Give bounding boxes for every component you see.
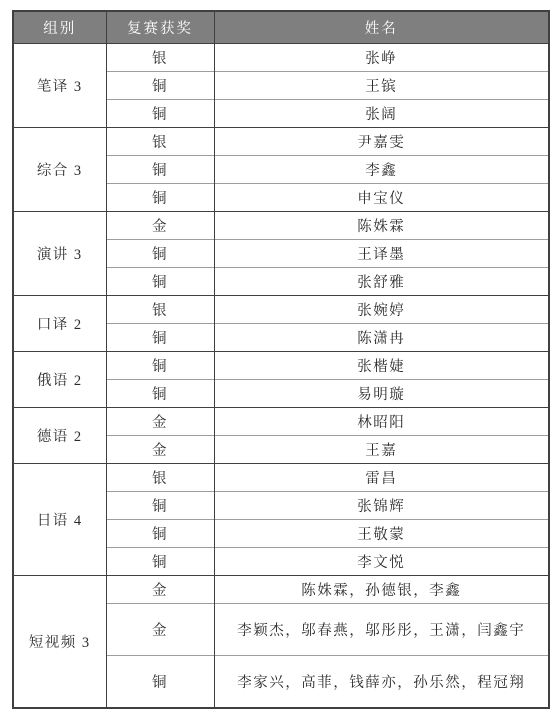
award-cell: 金 [106, 408, 214, 436]
table-row: 日语 4银雷昌 [13, 464, 549, 492]
award-cell: 铜 [106, 156, 214, 184]
name-cell: 王嘉 [214, 436, 549, 464]
header-row: 组别 复赛获奖 姓名 [13, 11, 549, 44]
header-name-column: 姓名 [214, 11, 549, 44]
name-cell: 易明璇 [214, 380, 549, 408]
group-label: 俄语 2 [13, 352, 106, 408]
award-group: 综合 3银尹嘉雯铜李鑫铜申宝仪 [13, 128, 549, 212]
name-cell: 张锦辉 [214, 492, 549, 520]
award-cell: 铜 [106, 324, 214, 352]
award-cell: 铜 [106, 268, 214, 296]
award-cell: 金 [106, 604, 214, 656]
group-label: 综合 3 [13, 128, 106, 212]
award-cell: 银 [106, 464, 214, 492]
table-row: 演讲 3金陈姝霖 [13, 212, 549, 240]
name-cell: 陈姝霖，孙德银，李鑫 [214, 576, 549, 604]
name-cell: 张阔 [214, 100, 549, 128]
name-cell: 李文悦 [214, 548, 549, 576]
award-cell: 铜 [106, 100, 214, 128]
name-cell: 申宝仪 [214, 184, 549, 212]
name-cell: 张婉婷 [214, 296, 549, 324]
award-cell: 铜 [106, 380, 214, 408]
award-cell: 铜 [106, 352, 214, 380]
table-row: 口译 2银张婉婷 [13, 296, 549, 324]
award-cell: 铜 [106, 520, 214, 548]
award-group: 演讲 3金陈姝霖铜王译墨铜张舒雅 [13, 212, 549, 296]
awards-table: 组别 复赛获奖 姓名 笔译 3银张峥铜王镔铜张阔综合 3银尹嘉雯铜李鑫铜申宝仪演… [12, 10, 550, 709]
name-cell: 王镔 [214, 72, 549, 100]
name-cell: 雷昌 [214, 464, 549, 492]
group-label: 口译 2 [13, 296, 106, 352]
name-cell: 张峥 [214, 44, 549, 72]
table-row: 俄语 2铜张楷婕 [13, 352, 549, 380]
group-label: 演讲 3 [13, 212, 106, 296]
name-cell: 陈潇冉 [214, 324, 549, 352]
award-cell: 银 [106, 296, 214, 324]
name-cell: 张楷婕 [214, 352, 549, 380]
document-page: 组别 复赛获奖 姓名 笔译 3银张峥铜王镔铜张阔综合 3银尹嘉雯铜李鑫铜申宝仪演… [0, 0, 559, 714]
award-cell: 铜 [106, 184, 214, 212]
award-group: 德语 2金林昭阳金王嘉 [13, 408, 549, 464]
award-cell: 金 [106, 436, 214, 464]
name-cell: 陈姝霖 [214, 212, 549, 240]
award-cell: 银 [106, 128, 214, 156]
award-group: 笔译 3银张峥铜王镔铜张阔 [13, 44, 549, 128]
name-cell: 张舒雅 [214, 268, 549, 296]
group-label: 德语 2 [13, 408, 106, 464]
table-row: 综合 3银尹嘉雯 [13, 128, 549, 156]
name-cell: 李颖杰，邬春燕，邬彤彤，王潇，闫鑫宇 [214, 604, 549, 656]
name-cell: 尹嘉雯 [214, 128, 549, 156]
header-award-column: 复赛获奖 [106, 11, 214, 44]
header-group-column: 组别 [13, 11, 106, 44]
table-row: 德语 2金林昭阳 [13, 408, 549, 436]
award-cell: 铜 [106, 72, 214, 100]
award-cell: 银 [106, 44, 214, 72]
name-cell: 李鑫 [214, 156, 549, 184]
award-cell: 金 [106, 576, 214, 604]
award-cell: 金 [106, 212, 214, 240]
award-cell: 铜 [106, 656, 214, 709]
group-label: 日语 4 [13, 464, 106, 576]
group-label: 短视频 3 [13, 576, 106, 709]
table-row: 笔译 3银张峥 [13, 44, 549, 72]
name-cell: 林昭阳 [214, 408, 549, 436]
group-label: 笔译 3 [13, 44, 106, 128]
award-cell: 铜 [106, 548, 214, 576]
award-cell: 铜 [106, 240, 214, 268]
award-group: 俄语 2铜张楷婕铜易明璇 [13, 352, 549, 408]
name-cell: 王敬蒙 [214, 520, 549, 548]
award-cell: 铜 [106, 492, 214, 520]
name-cell: 王译墨 [214, 240, 549, 268]
award-group: 日语 4银雷昌铜张锦辉铜王敬蒙铜李文悦 [13, 464, 549, 576]
award-group: 短视频 3金陈姝霖，孙德银，李鑫金李颖杰，邬春燕，邬彤彤，王潇，闫鑫宇铜李家兴，… [13, 576, 549, 709]
table-row: 短视频 3金陈姝霖，孙德银，李鑫 [13, 576, 549, 604]
name-cell: 李家兴，高菲，钱薛亦，孙乐然，程冠翔 [214, 656, 549, 709]
award-group: 口译 2银张婉婷铜陈潇冉 [13, 296, 549, 352]
